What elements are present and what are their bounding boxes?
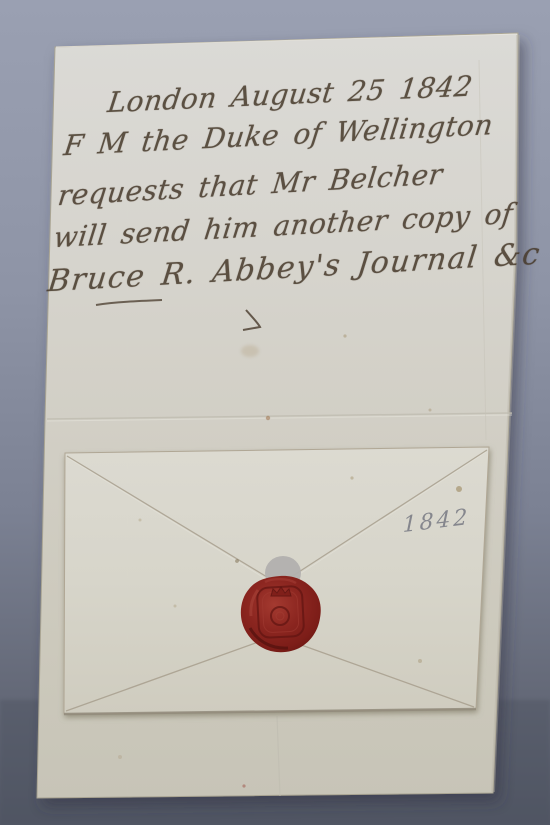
stain-spot bbox=[235, 559, 239, 563]
stain-spot bbox=[350, 476, 353, 479]
photo-of-sealed-letter: London August 25 1842 F M the Duke of We… bbox=[0, 0, 550, 825]
stain-spot bbox=[429, 409, 432, 412]
stain-spot bbox=[139, 519, 142, 522]
stain-spot bbox=[456, 486, 462, 492]
stain-spot bbox=[266, 416, 270, 420]
stain-spot bbox=[242, 784, 245, 787]
stain-spot bbox=[418, 659, 422, 663]
stain-spot bbox=[174, 605, 177, 608]
stain-spot bbox=[343, 334, 346, 337]
stain-spot bbox=[118, 755, 122, 759]
stain-spot bbox=[241, 345, 259, 357]
